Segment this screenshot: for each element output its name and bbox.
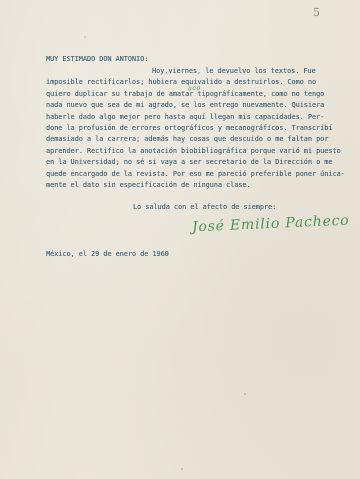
salutation: MUY ESTIMADO DON ANTONIO:: [46, 55, 148, 63]
typed-line: quede encargado de la revista. Por eso m…: [46, 169, 352, 180]
paper-speck: [244, 393, 246, 395]
date-line: México, el 29 de enero de 1960: [46, 250, 169, 258]
paper-speck: [181, 468, 183, 470]
typed-text: Hoy: [152, 67, 164, 75]
typed-line: Hoy,viernes, le devuelvo los textos. Fue: [46, 66, 352, 77]
typed-line: nada nuevo que sea de mi agrado, se los …: [46, 100, 352, 111]
typed-line: haberle dado algo mejor pero hasta aquí …: [46, 112, 352, 123]
typed-line: done la profusión de errores ortográfico…: [46, 123, 352, 134]
typed-line: quiero duplicar su trabajo de amataraco …: [46, 89, 352, 100]
paper-speck: [84, 36, 86, 38]
handwritten-page-number: 5: [313, 6, 321, 19]
typed-text: tipográficamente, como no tengo: [193, 90, 324, 98]
letter-body: Hoy,viernes, le devuelvo los textos. Fue…: [46, 66, 352, 191]
typed-line: mente el dato sin especificación de ning…: [46, 180, 352, 191]
typed-text: viernes: [168, 67, 197, 75]
letter-page: 5 MUY ESTIMADO DON ANTONIO: Hoy,viernes,…: [0, 0, 360, 479]
typed-text: le devuelvo los textos. Fue: [201, 67, 316, 75]
corrected-word: amataraco: [169, 89, 194, 100]
typed-line: aprender. Rectifico la anotación biobibl…: [46, 146, 352, 157]
handwritten-correction: aco: [188, 82, 202, 94]
typed-text: quiero duplicar su trabajo de: [46, 90, 169, 98]
closing-line: Lo saluda con el afecto de siempre:: [133, 203, 276, 211]
typed-line: en la Universidad; no sé si vaya a ser s…: [46, 157, 352, 168]
handwritten-signature: José Emilio Pacheco: [192, 213, 350, 236]
typed-line: demasiado a la carrera; además hay cosas…: [46, 134, 352, 145]
